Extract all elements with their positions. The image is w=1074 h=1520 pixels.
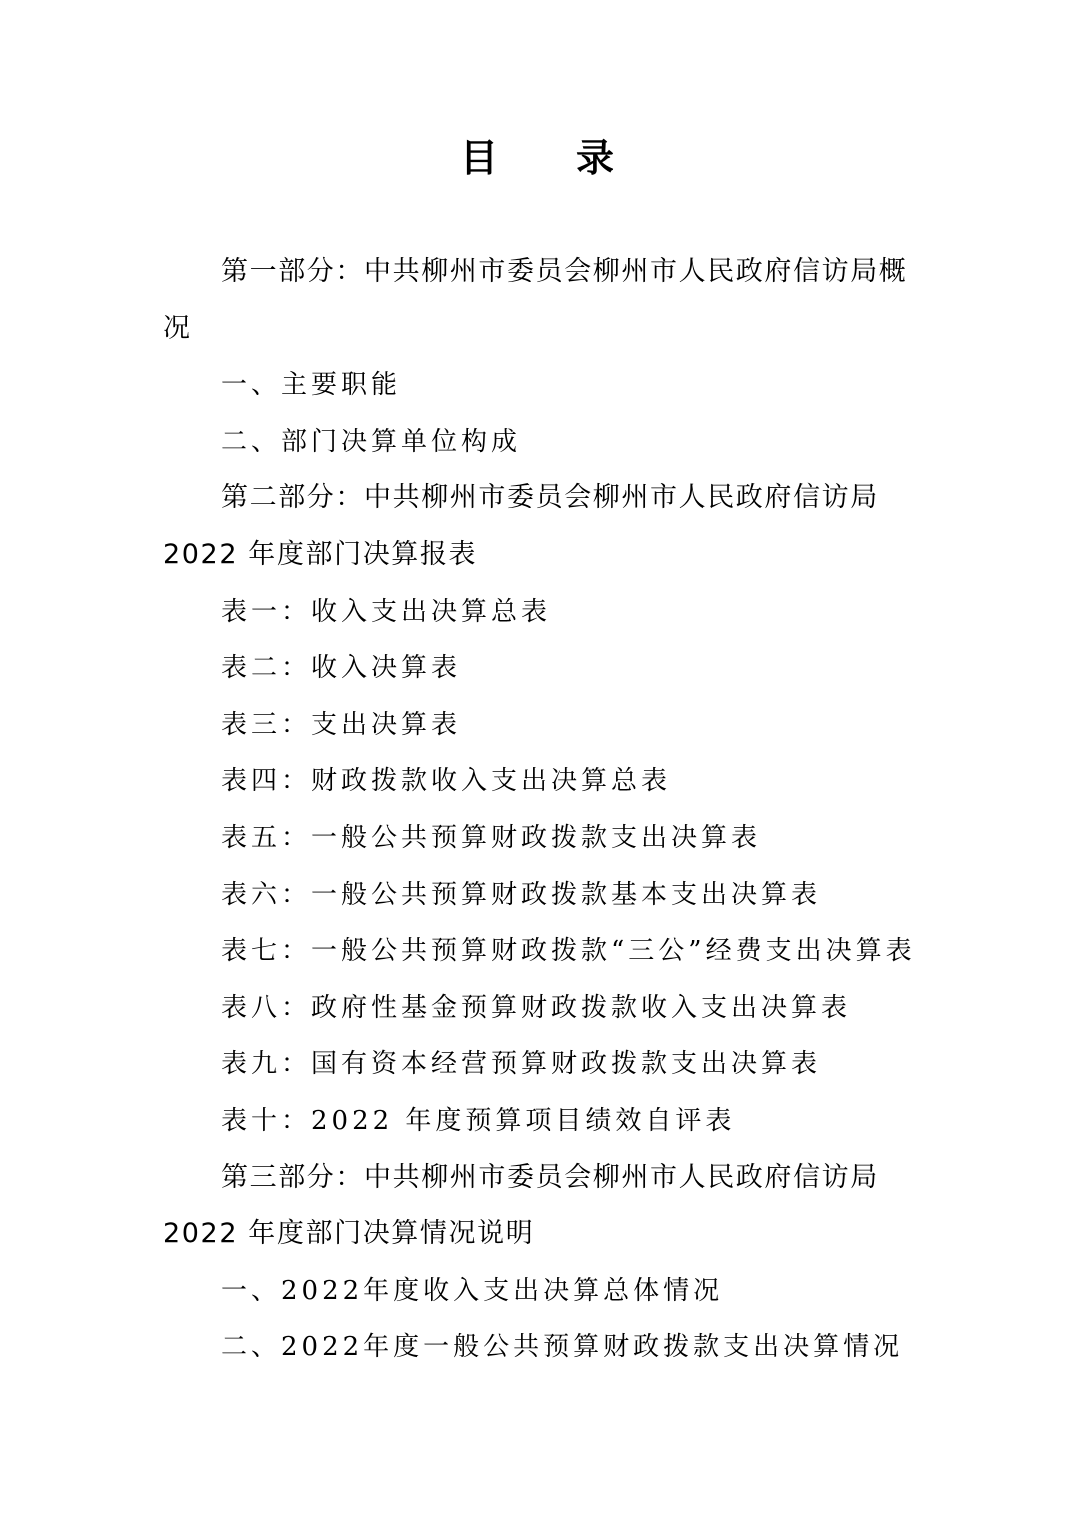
toc-part-3-heading[interactable]: 第三部分：中共柳州市委员会柳州市人民政府信访局 (163, 1150, 915, 1207)
toc-part-3-heading-continuation[interactable]: 2022 年度部门决算情况说明 (163, 1206, 915, 1263)
toc-item-overall-situation[interactable]: 一、2022年度收入支出决算总体情况 (163, 1263, 915, 1320)
toc-item-table-2[interactable]: 表二：收入决算表 (163, 640, 915, 697)
title-char-2: 录 (576, 136, 614, 180)
page-title: 目录 (0, 136, 1074, 180)
toc-item-table-7[interactable]: 表七：一般公共预算财政拨款“三公”经费支出决算表 (163, 923, 915, 980)
toc-item-table-9[interactable]: 表九：国有资本经营预算财政拨款支出决算表 (163, 1036, 915, 1093)
toc-part-2-heading[interactable]: 第二部分：中共柳州市委员会柳州市人民政府信访局 (163, 470, 915, 527)
document-page: 目录 第一部分：中共柳州市委员会柳州市人民政府信访局概 况 一、主要职能 二、部… (0, 0, 1074, 1520)
toc-part-1-heading[interactable]: 第一部分：中共柳州市委员会柳州市人民政府信访局概 (163, 244, 915, 301)
toc-item-table-8[interactable]: 表八：政府性基金预算财政拨款收入支出决算表 (163, 980, 915, 1037)
title-char-1: 目 (460, 136, 498, 180)
toc-item-table-10[interactable]: 表十：2022 年度预算项目绩效自评表 (163, 1093, 915, 1150)
toc-item-table-4[interactable]: 表四：财政拨款收入支出决算总表 (163, 753, 915, 810)
toc-part-1-heading-continuation[interactable]: 况 (163, 301, 915, 358)
toc-item-table-6[interactable]: 表六：一般公共预算财政拨款基本支出决算表 (163, 867, 915, 924)
toc-item-table-3[interactable]: 表三：支出决算表 (163, 697, 915, 754)
table-of-contents: 第一部分：中共柳州市委员会柳州市人民政府信访局概 况 一、主要职能 二、部门决算… (163, 244, 915, 1376)
toc-item-table-5[interactable]: 表五：一般公共预算财政拨款支出决算表 (163, 810, 915, 867)
toc-item-table-1[interactable]: 表一：收入支出决算总表 (163, 584, 915, 641)
toc-item-unit-composition[interactable]: 二、部门决算单位构成 (163, 414, 915, 471)
toc-part-2-heading-continuation[interactable]: 2022 年度部门决算报表 (163, 527, 915, 584)
toc-item-general-budget-expenditure[interactable]: 二、2022年度一般公共预算财政拨款支出决算情况 (163, 1319, 915, 1376)
toc-item-main-functions[interactable]: 一、主要职能 (163, 357, 915, 414)
